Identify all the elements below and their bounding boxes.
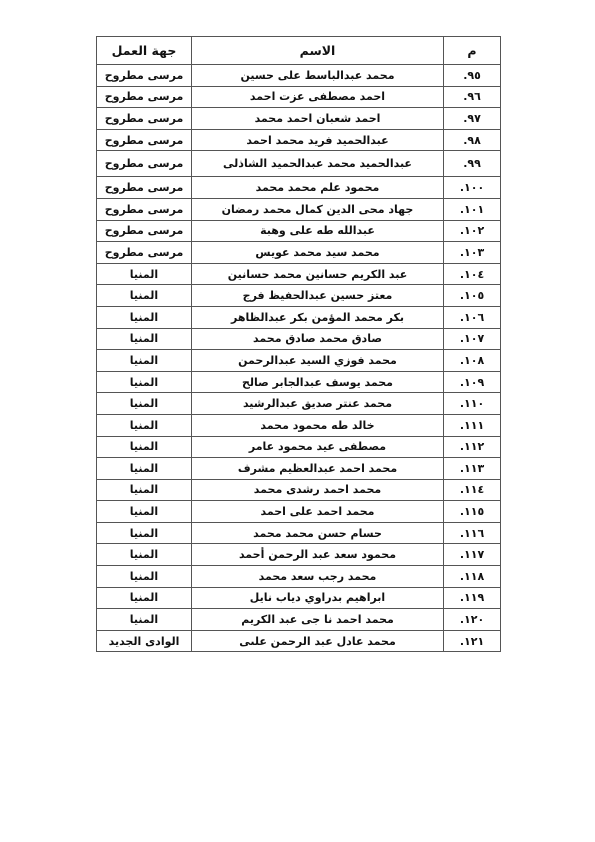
table-row: ١٠٠.محمود علم محمد محمدمرسى مطروح [97, 177, 501, 199]
row-workplace: مرسى مطروح [97, 151, 192, 177]
row-number: ١١٥. [444, 501, 501, 523]
table-row: ١١٦.حسام حسن محمد محمدالمنيا [97, 522, 501, 544]
row-number: ١٠٦. [444, 306, 501, 328]
row-name: محمد سيد محمد عويس [192, 242, 444, 264]
table-row: ١٠٦.بكر محمد المؤمن بكر عبدالظاهرالمنيا [97, 306, 501, 328]
row-workplace: المنيا [97, 393, 192, 415]
row-workplace: المنيا [97, 371, 192, 393]
row-number: ١٠٠. [444, 177, 501, 199]
row-workplace: مرسى مطروح [97, 86, 192, 108]
row-workplace: مرسى مطروح [97, 198, 192, 220]
row-name: احمد مصطفى عزت احمد [192, 86, 444, 108]
table-row: ٩٥.محمد عبدالباسط على حسينمرسى مطروح [97, 65, 501, 87]
row-name: عبد الكريم حسانين محمد حسانين [192, 263, 444, 285]
row-name: محمد عنتر صديق عبدالرشيد [192, 393, 444, 415]
row-number: ١١٩. [444, 587, 501, 609]
row-workplace: المنيا [97, 522, 192, 544]
table-row: ١١٥.محمد احمد على احمدالمنيا [97, 501, 501, 523]
table-row: ١٠٢.عبدالله طه على وهبةمرسى مطروح [97, 220, 501, 242]
row-number: ١٠٧. [444, 328, 501, 350]
row-number: ٩٨. [444, 129, 501, 151]
row-workplace: الوادى الجديد [97, 630, 192, 652]
roster-table: م الاسم جهة العمل ٩٥.محمد عبدالباسط على … [96, 36, 501, 652]
table-row: ١١٧.محمود سعد عبد الرحمن أحمدالمنيا [97, 544, 501, 566]
row-workplace: المنيا [97, 609, 192, 631]
header-number: م [444, 37, 501, 65]
header-workplace: جهة العمل [97, 37, 192, 65]
row-name: محمد احمد رشدى محمد [192, 479, 444, 501]
row-workplace: مرسى مطروح [97, 129, 192, 151]
table-row: ١٠١.جهاد محى الدين كمال محمد رمضانمرسى م… [97, 198, 501, 220]
row-workplace: مرسى مطروح [97, 242, 192, 264]
table-row: ١٠٥.معتز حسين عبدالحفيظ فرجالمنيا [97, 285, 501, 307]
table-row: ١١٩.ابراهيم بدراوي دياب نايلالمنيا [97, 587, 501, 609]
row-number: ١٠٥. [444, 285, 501, 307]
row-name: مصطفى عيد محمود عامر [192, 436, 444, 458]
row-name: محمد عادل عبد الرحمن علىى [192, 630, 444, 652]
row-workplace: المنيا [97, 350, 192, 372]
row-number: ١٠١. [444, 198, 501, 220]
row-number: ١١٨. [444, 566, 501, 588]
row-workplace: المنيا [97, 458, 192, 480]
table-row: ١١١.خالد طه محمود محمدالمنيا [97, 414, 501, 436]
row-number: ١١٣. [444, 458, 501, 480]
row-name: معتز حسين عبدالحفيظ فرج [192, 285, 444, 307]
row-workplace: مرسى مطروح [97, 65, 192, 87]
table-row: ٩٦.احمد مصطفى عزت احمدمرسى مطروح [97, 86, 501, 108]
header-row: م الاسم جهة العمل [97, 37, 501, 65]
row-number: ١١٤. [444, 479, 501, 501]
table-row: ١٠٨.محمد فوزي السيد عبدالرحمنالمنيا [97, 350, 501, 372]
table-row: ١١٤.محمد احمد رشدى محمدالمنيا [97, 479, 501, 501]
row-number: ١١٦. [444, 522, 501, 544]
row-name: عبدالحميد فريد محمد احمد [192, 129, 444, 151]
row-number: ١٠٢. [444, 220, 501, 242]
row-name: محمد فوزي السيد عبدالرحمن [192, 350, 444, 372]
row-name: بكر محمد المؤمن بكر عبدالظاهر [192, 306, 444, 328]
row-name: جهاد محى الدين كمال محمد رمضان [192, 198, 444, 220]
row-name: حسام حسن محمد محمد [192, 522, 444, 544]
row-workplace: المنيا [97, 566, 192, 588]
table-row: ١١٨.محمد رجب سعد محمدالمنيا [97, 566, 501, 588]
row-name: محمود علم محمد محمد [192, 177, 444, 199]
row-number: ٩٥. [444, 65, 501, 87]
row-number: ١٠٣. [444, 242, 501, 264]
row-workplace: المنيا [97, 544, 192, 566]
row-workplace: المنيا [97, 501, 192, 523]
row-name: محمد احمد عبدالعظيم مشرف [192, 458, 444, 480]
row-name: محمد احمد نا جى عبد الكريم [192, 609, 444, 631]
row-name: عبدالله طه على وهبة [192, 220, 444, 242]
table-row: ١٢٠.محمد احمد نا جى عبد الكريمالمنيا [97, 609, 501, 631]
row-workplace: المنيا [97, 328, 192, 350]
row-workplace: المنيا [97, 479, 192, 501]
row-number: ٩٦. [444, 86, 501, 108]
row-name: خالد طه محمود محمد [192, 414, 444, 436]
row-name: صادق محمد صادق محمد [192, 328, 444, 350]
row-workplace: المنيا [97, 306, 192, 328]
row-number: ١١٢. [444, 436, 501, 458]
row-number: ١٠٤. [444, 263, 501, 285]
row-number: ١٢٠. [444, 609, 501, 631]
row-workplace: المنيا [97, 285, 192, 307]
row-name: محمود سعد عبد الرحمن أحمد [192, 544, 444, 566]
row-number: ١٠٨. [444, 350, 501, 372]
table-row: ١٠٩.محمد يوسف عبدالجابر صالحالمنيا [97, 371, 501, 393]
row-workplace: مرسى مطروح [97, 108, 192, 130]
row-name: محمد يوسف عبدالجابر صالح [192, 371, 444, 393]
row-workplace: مرسى مطروح [97, 220, 192, 242]
row-name: محمد رجب سعد محمد [192, 566, 444, 588]
row-workplace: المنيا [97, 436, 192, 458]
table-row: ١٠٣.محمد سيد محمد عويسمرسى مطروح [97, 242, 501, 264]
row-workplace: المنيا [97, 414, 192, 436]
table-row: ٩٧.احمد شعبان احمد محمدمرسى مطروح [97, 108, 501, 130]
row-workplace: مرسى مطروح [97, 177, 192, 199]
row-name: محمد عبدالباسط على حسين [192, 65, 444, 87]
row-number: ٩٧. [444, 108, 501, 130]
header-name: الاسم [192, 37, 444, 65]
row-number: ١١١. [444, 414, 501, 436]
row-workplace: المنيا [97, 587, 192, 609]
row-number: ١٠٩. [444, 371, 501, 393]
row-name: احمد شعبان احمد محمد [192, 108, 444, 130]
row-name: محمد احمد على احمد [192, 501, 444, 523]
row-workplace: المنيا [97, 263, 192, 285]
row-name: ابراهيم بدراوي دياب نايل [192, 587, 444, 609]
table-row: ٩٨.عبدالحميد فريد محمد احمدمرسى مطروح [97, 129, 501, 151]
row-number: ٩٩. [444, 151, 501, 177]
row-number: ١١٧. [444, 544, 501, 566]
table-row: ١٠٧.صادق محمد صادق محمدالمنيا [97, 328, 501, 350]
table-row: ١١٠.محمد عنتر صديق عبدالرشيدالمنيا [97, 393, 501, 415]
table-row: ١١٣.محمد احمد عبدالعظيم مشرفالمنيا [97, 458, 501, 480]
table-row: ١٢١.محمد عادل عبد الرحمن علىىالوادى الجد… [97, 630, 501, 652]
row-name: عبدالحميد محمد عبدالحميد الشاذلى [192, 151, 444, 177]
table-row: ١١٢.مصطفى عيد محمود عامرالمنيا [97, 436, 501, 458]
row-number: ١٢١. [444, 630, 501, 652]
table-row: ١٠٤.عبد الكريم حسانين محمد حسانينالمنيا [97, 263, 501, 285]
row-number: ١١٠. [444, 393, 501, 415]
table-row: ٩٩.عبدالحميد محمد عبدالحميد الشاذلىمرسى … [97, 151, 501, 177]
